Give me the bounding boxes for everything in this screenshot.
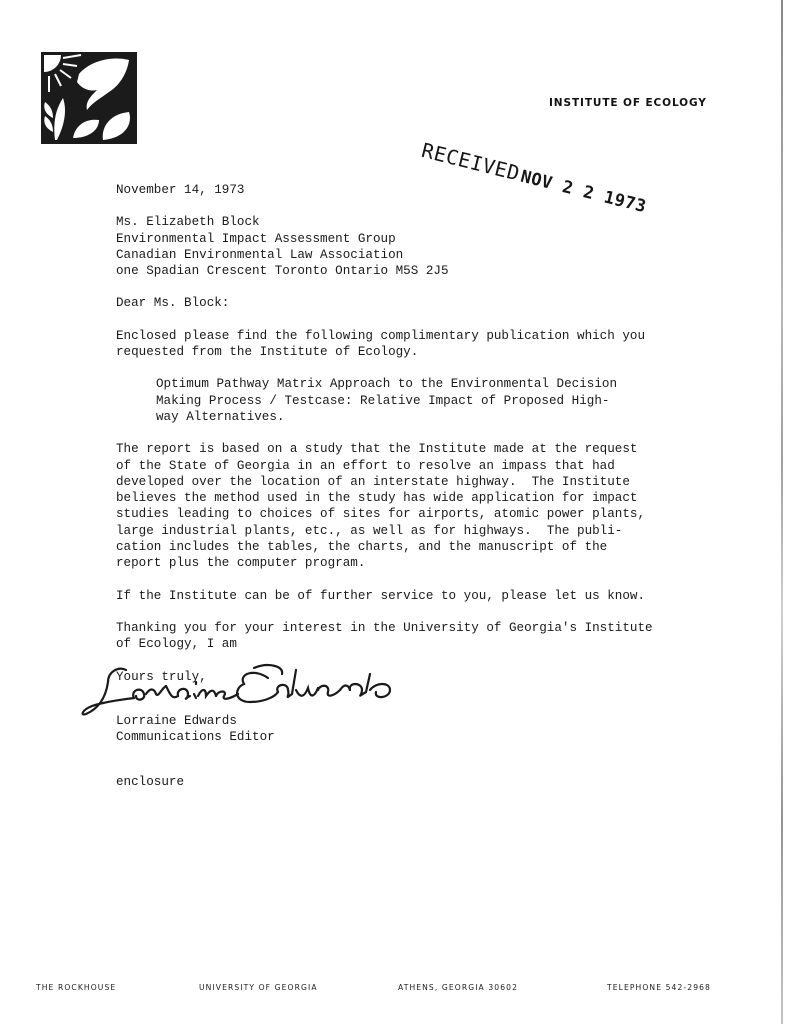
enclosure-note: enclosure <box>116 775 184 789</box>
salutation: Dear Ms. Block: <box>116 295 716 311</box>
recipient-line: Ms. Elizabeth Block <box>116 214 716 230</box>
scan-edge-divider <box>781 0 783 1024</box>
text-line: developed over the location of an inters… <box>116 474 716 490</box>
paragraph-service: If the Institute can be of further servi… <box>116 588 716 604</box>
letter-body: November 14, 1973 Ms. Elizabeth Block En… <box>116 182 716 685</box>
signer-name: Lorraine Edwards <box>116 713 275 729</box>
text-line: way Alternatives. <box>156 409 716 425</box>
signer-block: Lorraine Edwards Communications Editor <box>116 713 275 746</box>
footer-city: ATHENS, GEORGIA 30602 <box>398 983 518 992</box>
recipient-line: one Spadian Crescent Toronto Ontario M5S… <box>116 263 716 279</box>
institute-logo-icon <box>41 52 137 144</box>
text-line: report plus the computer program. <box>116 555 716 571</box>
paragraph-thanks: Thanking you for your interest in the Un… <box>116 620 716 653</box>
letterhead-title: INSTITUTE OF ECOLOGY <box>549 97 707 109</box>
paragraph-report: The report is based on a study that the … <box>116 441 716 571</box>
recipient-line: Environmental Impact Assessment Group <box>116 231 716 247</box>
signer-title: Communications Editor <box>116 729 275 745</box>
recipient-line: Canadian Environmental Law Association <box>116 247 716 263</box>
text-line: studies leading to choices of sites for … <box>116 506 716 522</box>
footer-telephone: TELEPHONE 542-2968 <box>607 983 711 992</box>
paragraph-enclosed: Enclosed please find the following compl… <box>116 328 716 361</box>
text-line: requested from the Institute of Ecology. <box>116 344 716 360</box>
text-line: of the State of Georgia in an effort to … <box>116 458 716 474</box>
recipient-address: Ms. Elizabeth Block Environmental Impact… <box>116 214 716 279</box>
text-line: believes the method used in the study ha… <box>116 490 716 506</box>
text-line: Thanking you for your interest in the Un… <box>116 620 716 636</box>
text-line: cation includes the tables, the charts, … <box>116 539 716 555</box>
text-line: large industrial plants, etc., as well a… <box>116 523 716 539</box>
text-line: Making Process / Testcase: Relative Impa… <box>156 393 716 409</box>
footer-address: THE ROCKHOUSE <box>36 983 116 992</box>
text-line: of Ecology, I am <box>116 636 716 652</box>
text-line: Enclosed please find the following compl… <box>116 328 716 344</box>
stamp-received-label: RECEIVED <box>419 138 522 186</box>
text-line: Optimum Pathway Matrix Approach to the E… <box>156 376 716 392</box>
text-line: The report is based on a study that the … <box>116 441 716 457</box>
footer-university: UNIVERSITY OF GEORGIA <box>199 983 318 992</box>
publication-title: Optimum Pathway Matrix Approach to the E… <box>116 376 716 425</box>
letter-date: November 14, 1973 <box>116 182 716 198</box>
signature-icon <box>78 660 468 720</box>
